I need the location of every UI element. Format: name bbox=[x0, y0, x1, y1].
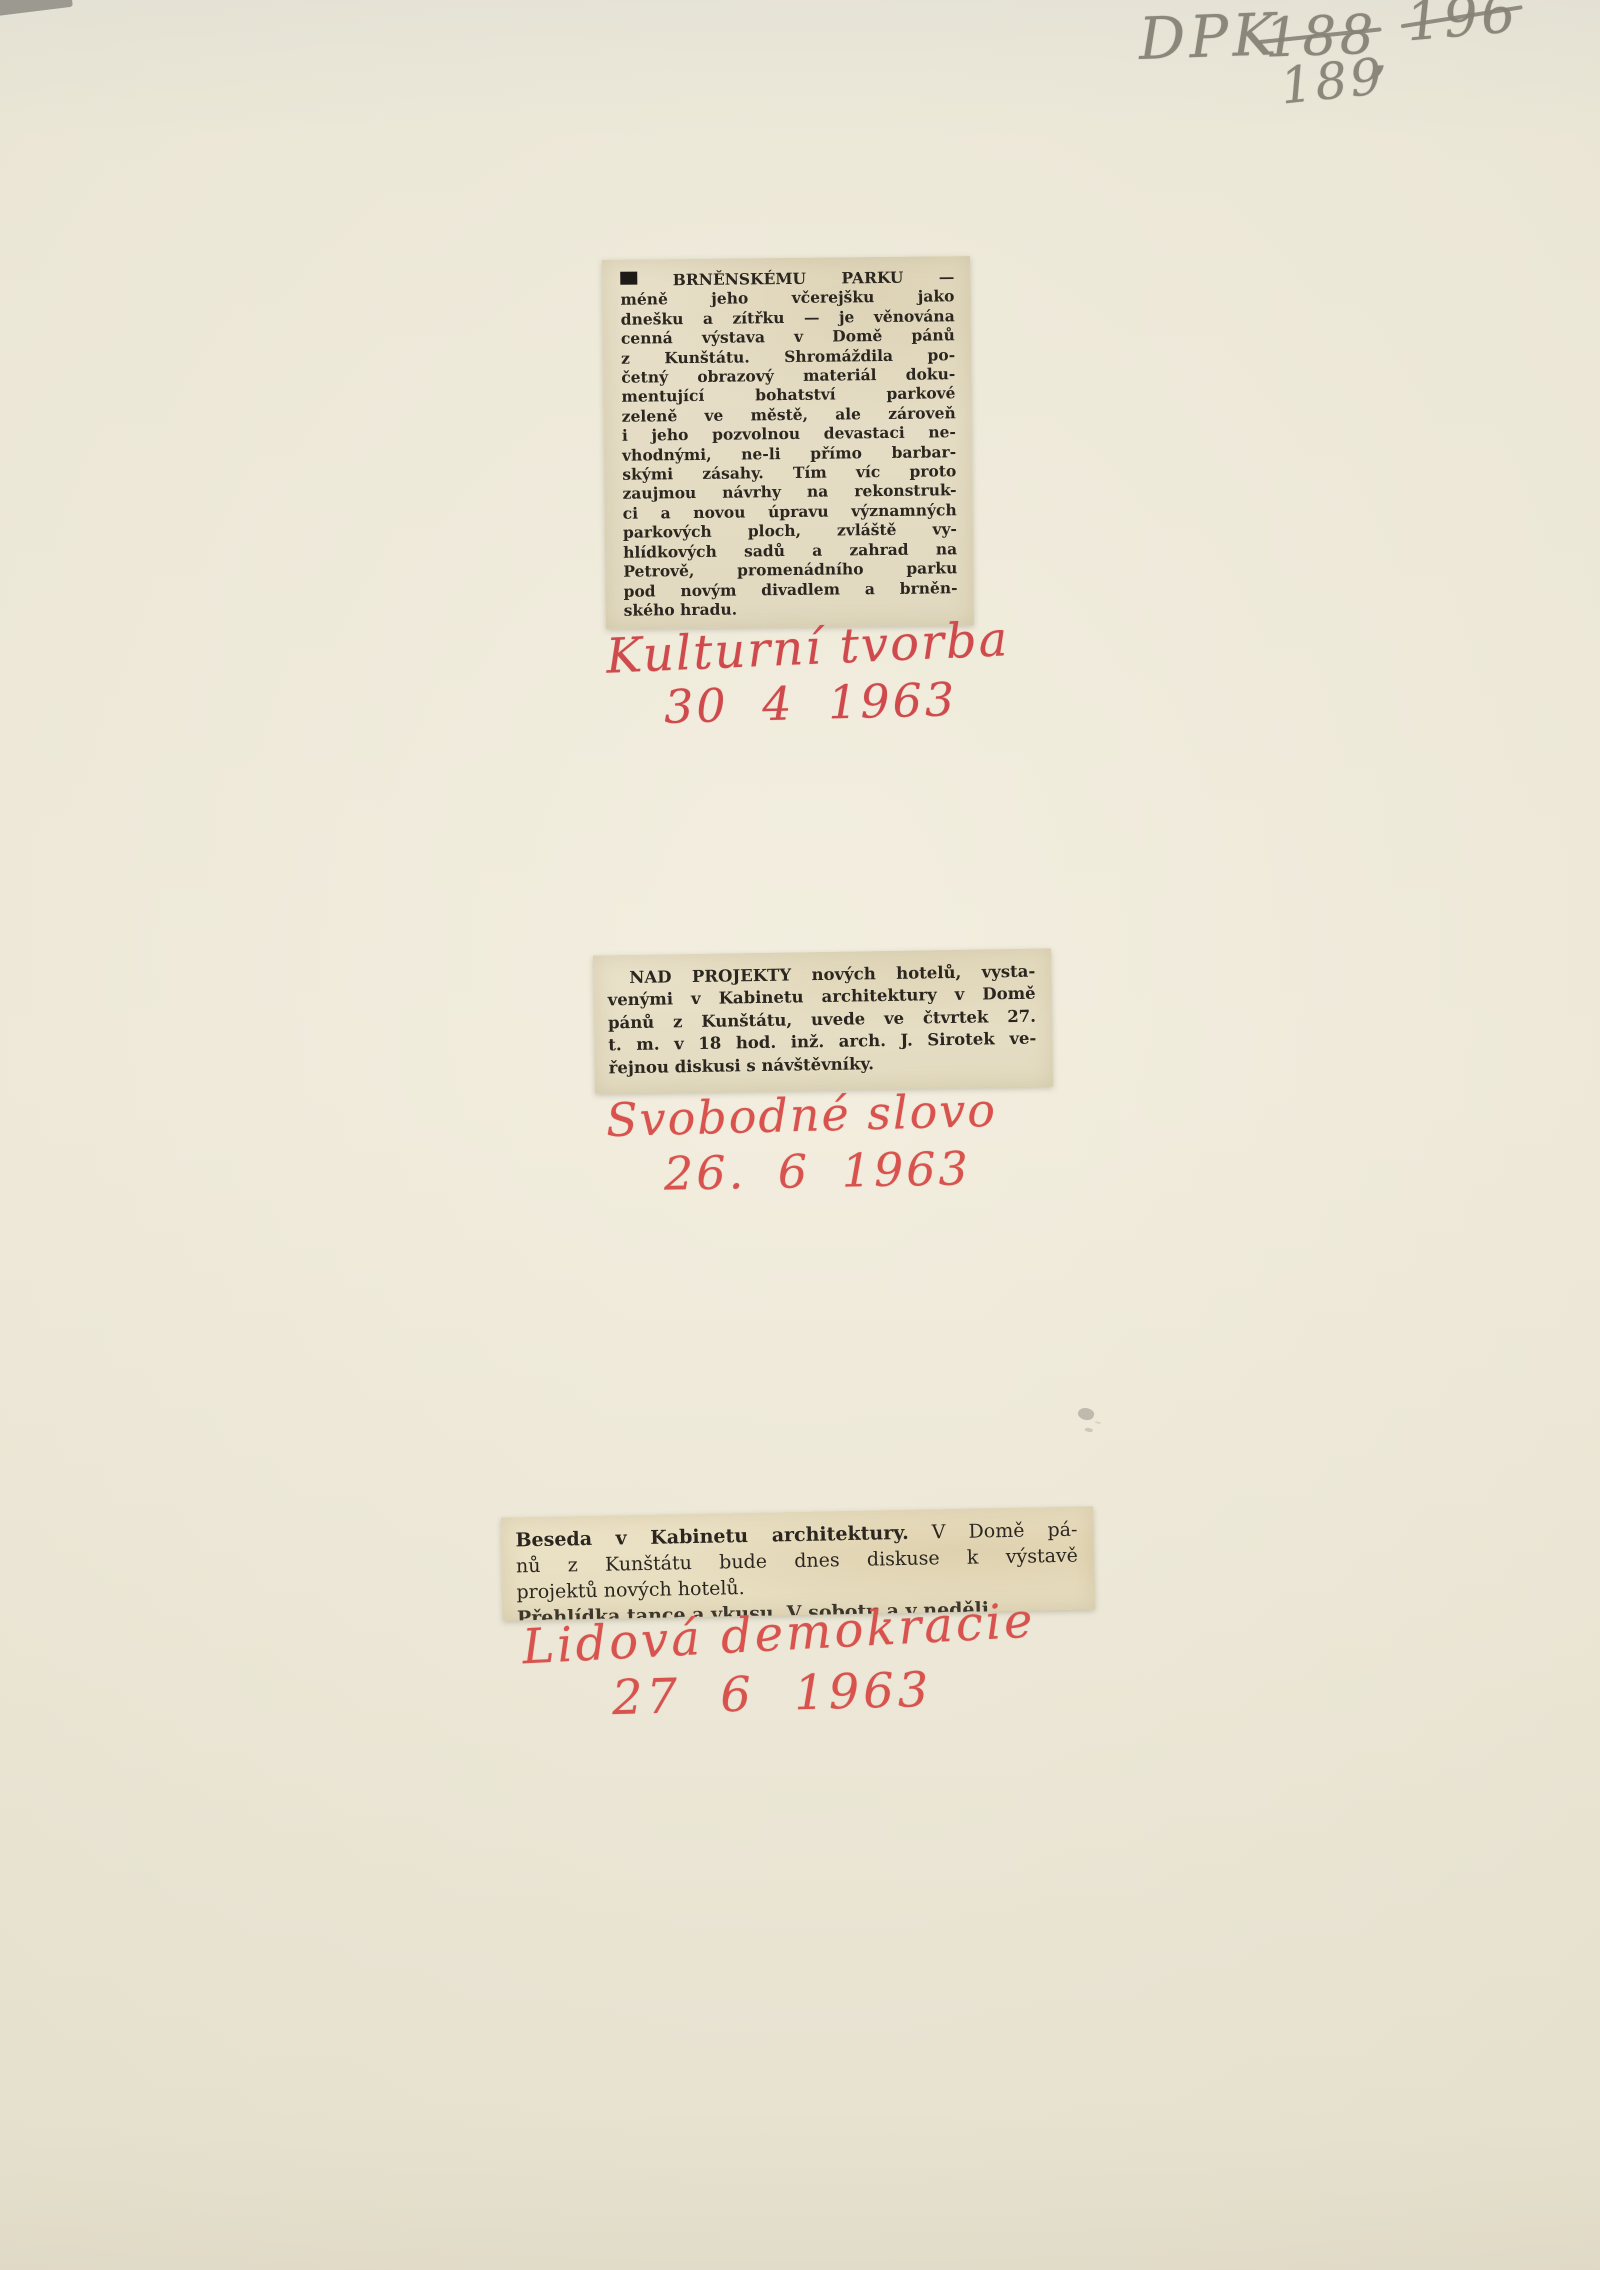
pencil-number-189: 189 bbox=[1278, 47, 1388, 116]
handwritten-date-27-6-1963: 27 6 1963 bbox=[611, 1662, 933, 1726]
handwritten-source-svobodne-slovo: Svobodné slovo bbox=[605, 1083, 997, 1147]
scan-corner-artifact bbox=[0, 0, 73, 17]
pencil-code-dpk: DPK bbox=[1138, 0, 1281, 73]
clipping-text-line: pod novým divadlem a brněn- bbox=[623, 578, 957, 601]
clipping-headline: BRNĚNSKÉMU PARKU — bbox=[673, 267, 955, 289]
pencil-number-196-struck: 196 bbox=[1404, 0, 1521, 53]
handwritten-date-30-4-1963: 30 4 1963 bbox=[663, 672, 957, 734]
clipping-text: Beseda v Kabinetu architektury. V Domě p… bbox=[515, 1517, 1078, 1606]
news-clipping-nad-projekty: NAD PROJEKTY nových hotelů, vysta-venými… bbox=[593, 948, 1053, 1093]
clipping-text: BRNĚNSKÉMU PARKU — méně jeho včerejšku j… bbox=[620, 267, 958, 620]
handwritten-date-26-6-1963: 26. 6 1963 bbox=[664, 1141, 972, 1200]
black-square-marker bbox=[620, 272, 637, 285]
news-clipping-brno-park: BRNĚNSKÉMU PARKU — méně jeho včerejšku j… bbox=[602, 256, 974, 629]
pencil-annotation: DPK 188 , 196 189 bbox=[1118, 0, 1563, 148]
clipping-text: NAD PROJEKTY nových hotelů, vysta-venými… bbox=[607, 961, 1037, 1080]
clipping-lead-rest: V Domě pá- bbox=[909, 1519, 1078, 1544]
pencil-smudge bbox=[1076, 1406, 1095, 1423]
